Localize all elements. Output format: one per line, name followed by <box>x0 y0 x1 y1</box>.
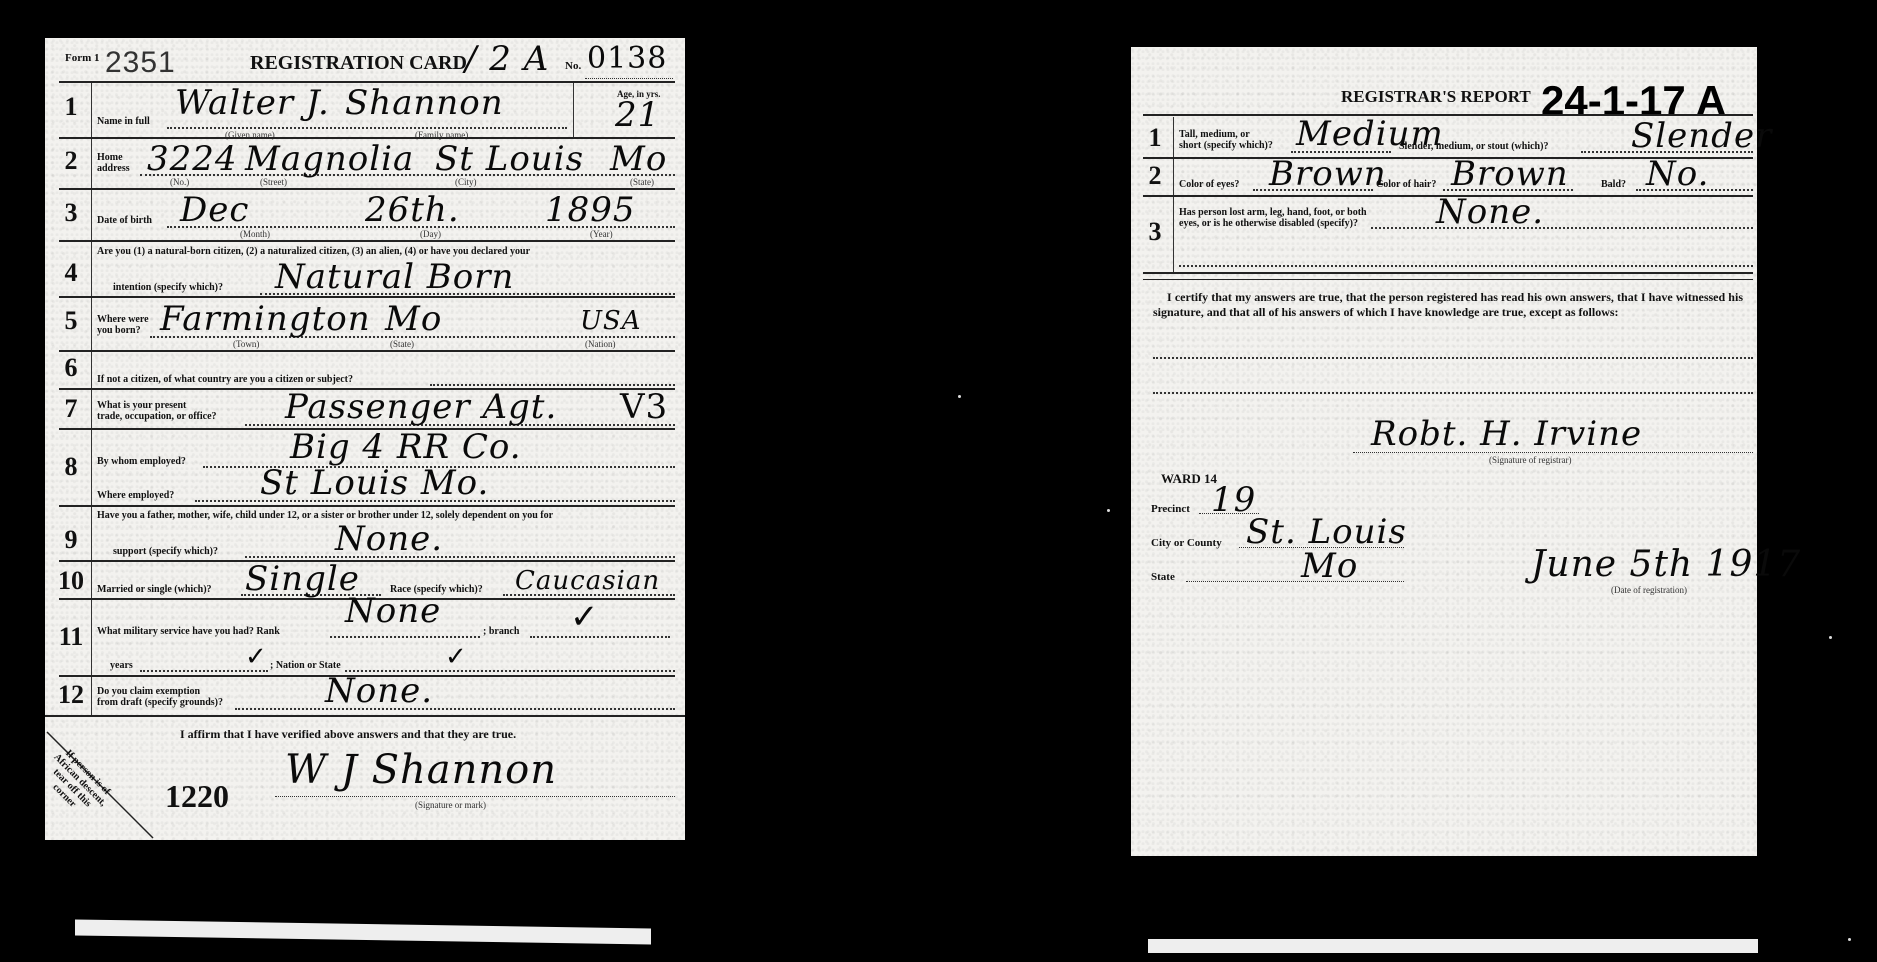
ward-stamp: WARD 14 <box>1161 473 1217 485</box>
row-number: 6 <box>55 353 87 383</box>
address-number-value: 3224 <box>147 142 238 176</box>
dob-label: Date of birth <box>97 215 152 227</box>
occupation-label: What is your presenttrade, occupation, o… <box>97 400 217 422</box>
registrar-signature: Robt. H. Irvine <box>1371 417 1642 451</box>
city-county-value: St. Louis <box>1246 515 1407 549</box>
state-label: State <box>1151 571 1175 583</box>
divider <box>91 83 92 715</box>
state-value: Mo <box>610 142 667 176</box>
report-title: REGISTRAR'S REPORT <box>1341 87 1531 107</box>
scan-artifact <box>1107 509 1110 512</box>
label-line: you born? <box>97 325 141 336</box>
precinct-label: Precinct <box>1151 503 1190 515</box>
row-number: 1 <box>55 92 87 122</box>
height-label: Tall, medium, orshort (specify which)? <box>1179 129 1273 151</box>
label-line: short (specify which)? <box>1179 140 1273 151</box>
military-branch-value: ✓ <box>570 600 600 634</box>
dob-day-value: 26th. <box>365 193 460 227</box>
eye-color-value: Brown <box>1269 157 1387 191</box>
dependents-label: support (specify which)? <box>113 546 218 558</box>
disability-value: None. <box>1436 195 1544 229</box>
race-value: Caucasian <box>515 568 660 594</box>
military-years-label: years <box>110 660 133 672</box>
scan-artifact <box>958 395 961 398</box>
row-number: 9 <box>55 525 87 555</box>
bald-label: Bald? <box>1601 179 1626 191</box>
row-number: 11 <box>55 622 87 652</box>
registration-card: Form 1 2351 REGISTRATION CARD / 2 A No. … <box>45 38 685 840</box>
birthplace-label: Where wereyou born? <box>97 314 149 336</box>
caption: (Year) <box>590 229 613 239</box>
stamp-number: 1220 <box>165 778 229 815</box>
card-number: 0138 <box>587 44 667 74</box>
registration-date-caption: (Date of registration) <box>1611 585 1687 595</box>
label-line: Tall, medium, or <box>1179 129 1250 140</box>
citizenship-label: intention (specify which)? <box>113 282 223 294</box>
dependents-question: Have you a father, mother, wife, child u… <box>97 510 553 522</box>
employer-location-value: St Louis Mo. <box>260 466 489 500</box>
citizenship-value: Natural Born <box>275 260 514 294</box>
employer-label: By whom employed? <box>97 456 186 468</box>
military-branch-label: ; branch <box>483 626 519 638</box>
birth-state-value: Mo <box>385 302 442 336</box>
scan-artifact <box>1848 938 1851 941</box>
bald-value: No. <box>1646 157 1709 191</box>
affirmation-text: I affirm that I have verified above answ… <box>180 728 516 740</box>
disability-label: Has person lost arm, leg, hand, foot, or… <box>1179 207 1367 229</box>
row-number: 5 <box>55 306 87 336</box>
hair-color-value: Brown <box>1451 157 1569 191</box>
row-number: 7 <box>55 394 87 424</box>
registrar-signature-caption: (Signature of registrar) <box>1489 455 1571 465</box>
certification-text: I certify that my answers are true, that… <box>1153 290 1743 320</box>
hair-color-label: Color of hair? <box>1376 179 1436 191</box>
dob-month-value: Dec <box>180 193 249 227</box>
birth-nation-value: USA <box>580 308 642 334</box>
row-number: 3 <box>1139 217 1171 247</box>
label-line: from draft (specify grounds)? <box>97 697 223 708</box>
exemption-value: None. <box>325 674 433 708</box>
label-line: eyes, or is he otherwise disabled (speci… <box>1179 218 1358 229</box>
dob-year-value: 1895 <box>545 193 636 227</box>
scan-strip-right <box>1148 939 1758 953</box>
label-line: What is your present <box>97 400 186 411</box>
exemption-label: Do you claim exemptionfrom draft (specif… <box>97 686 223 708</box>
family-name-value: Shannon <box>345 86 504 120</box>
state-value: Mo <box>1301 549 1358 583</box>
caption: (Month) <box>240 229 270 239</box>
caption: (City) <box>455 177 477 187</box>
scan-artifact <box>1829 636 1832 639</box>
given-name-value: Walter J. <box>175 86 330 120</box>
employer-value: Big 4 RR Co. <box>290 430 522 464</box>
marital-status-label: Married or single (which)? <box>97 584 212 596</box>
caption: (Town) <box>233 339 259 349</box>
row-number: 4 <box>55 258 87 288</box>
order-number-handwritten: / 2 A <box>465 42 549 76</box>
age-value: 21 <box>615 98 660 132</box>
city-county-label: City or County <box>1151 537 1222 549</box>
row-number: 2 <box>55 146 87 176</box>
row-number: 2 <box>1139 161 1171 191</box>
label-line: Has person lost arm, leg, hand, foot, or… <box>1179 207 1367 218</box>
marital-status-value: Single <box>245 562 360 596</box>
registrant-signature: W J Shannon <box>285 750 557 790</box>
label-line: Home <box>97 152 123 163</box>
military-years-value: ✓ <box>245 644 268 670</box>
signature-caption: (Signature or mark) <box>415 800 486 810</box>
caption: (Nation) <box>585 339 616 349</box>
registration-date-value: June 5th 1917 <box>1531 547 1801 583</box>
label-line: address <box>97 163 130 174</box>
occupation-value: Passenger Agt. <box>285 390 557 424</box>
military-rank-value: None <box>345 594 441 628</box>
occupation-code: V3 <box>620 390 668 424</box>
military-nation-value: ✓ <box>445 644 468 670</box>
caption: (No.) <box>170 177 189 187</box>
caption: (State) <box>390 339 414 349</box>
eye-color-label: Color of eyes? <box>1179 179 1239 191</box>
scan-strip-left <box>75 919 651 944</box>
build-label: Slender, medium, or stout (which)? <box>1399 141 1548 153</box>
registrars-report-card: REGISTRAR'S REPORT 24-1-17 A 1 Tall, med… <box>1131 47 1757 856</box>
caption: (Street) <box>260 177 287 187</box>
no-label: No. <box>565 60 581 72</box>
dependents-value: None. <box>335 522 443 556</box>
caption: (State) <box>630 177 654 187</box>
citizen-of-label: If not a citizen, of what country are yo… <box>97 374 353 386</box>
row-number: 8 <box>55 452 87 482</box>
city-value: St Louis <box>435 142 584 176</box>
military-rank-label: What military service have you had? Rank <box>97 626 280 638</box>
row-number: 1 <box>1139 123 1171 153</box>
street-value: Magnolia <box>245 142 414 176</box>
birth-town-value: Farmington <box>160 302 371 336</box>
caption: (Day) <box>420 229 441 239</box>
row-number: 12 <box>55 680 87 710</box>
card-title: REGISTRATION CARD <box>250 52 467 75</box>
form-label: Form 1 <box>65 52 100 64</box>
name-label: Name in full <box>97 116 150 128</box>
build-value: Slender <box>1631 119 1772 153</box>
row-number: 3 <box>55 198 87 228</box>
serial-number: 2351 <box>105 48 176 78</box>
home-address-label: Homeaddress <box>97 152 130 174</box>
employer-location-label: Where employed? <box>97 490 174 502</box>
label-line: trade, occupation, or office? <box>97 411 217 422</box>
label-line: Where were <box>97 314 149 325</box>
row-number: 10 <box>55 566 87 596</box>
label-line: Do you claim exemption <box>97 686 200 697</box>
